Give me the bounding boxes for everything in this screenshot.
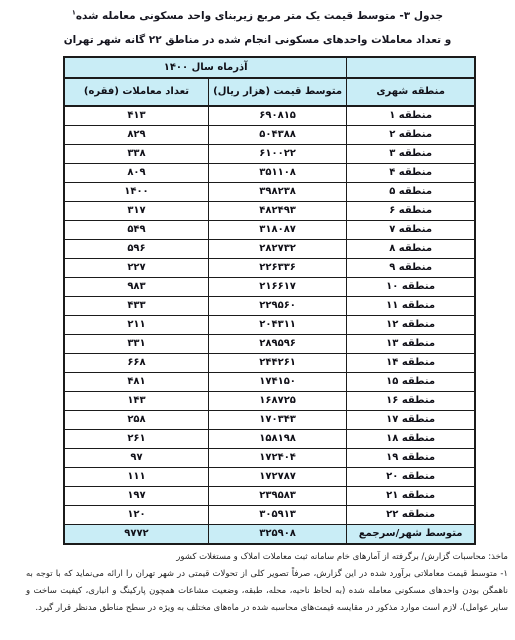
count-cell: ۲۱۱ <box>64 316 208 335</box>
price-cell: ۶۱۰۰۲۲ <box>208 145 346 164</box>
district-row: منطقه ۶ ۴۸۲۴۹۳ ۳۱۷ <box>64 202 475 221</box>
price-cell: ۳۱۸۰۸۷ <box>208 221 346 240</box>
price-cell: ۴۸۲۴۹۳ <box>208 202 346 221</box>
districts-body: منطقه ۱ ۶۹۰۸۱۵ ۴۱۳ منطقه ۲ ۵۰۴۳۸۸ ۸۲۹ من… <box>64 106 475 525</box>
district-row: منطقه ۱۸ ۱۵۸۱۹۸ ۲۶۱ <box>64 430 475 449</box>
table-footer: متوسط شهر/سرجمع ۳۲۵۹۰۸ ۹۷۷۲ <box>64 525 475 545</box>
district-cell: منطقه ۳ <box>347 145 475 164</box>
table-title-line1-text: جدول ۳- متوسط قیمت یک متر مربع زیربنای و… <box>76 10 443 22</box>
count-cell: ۹۸۳ <box>64 278 208 297</box>
district-cell: منطقه ۱۹ <box>347 449 475 468</box>
price-cell: ۱۷۲۷۸۷ <box>208 468 346 487</box>
count-cell: ۳۳۸ <box>64 145 208 164</box>
district-row: منطقه ۱۹ ۱۷۲۴۰۴ ۹۷ <box>64 449 475 468</box>
count-cell: ۵۹۶ <box>64 240 208 259</box>
column-header-row: منطقه شهری متوسط قیمت (هزار ریال) تعداد … <box>64 78 475 106</box>
district-row: منطقه ۴ ۳۵۱۱۰۸ ۸۰۹ <box>64 164 475 183</box>
district-row: منطقه ۱۱ ۲۲۹۵۶۰ ۴۳۳ <box>64 297 475 316</box>
district-cell: منطقه ۲۰ <box>347 468 475 487</box>
district-row: منطقه ۱۵ ۱۷۴۱۵۰ ۴۸۱ <box>64 373 475 392</box>
count-cell: ۵۴۹ <box>64 221 208 240</box>
total-count-cell: ۹۷۷۲ <box>64 525 208 545</box>
table-title-line2: و تعداد معاملات واحدهای مسکونی انجام شده… <box>0 33 515 48</box>
count-cell: ۱۹۷ <box>64 487 208 506</box>
count-cell: ۱۱۱ <box>64 468 208 487</box>
price-cell: ۲۳۹۵۸۳ <box>208 487 346 506</box>
price-cell: ۱۷۲۴۰۴ <box>208 449 346 468</box>
count-cell: ۲۶۱ <box>64 430 208 449</box>
district-cell: منطقه ۱۶ <box>347 392 475 411</box>
district-cell: منطقه ۱۱ <box>347 297 475 316</box>
period-header-cell: آذرماه سال ۱۴۰۰ <box>64 57 347 78</box>
count-cell: ۲۵۸ <box>64 411 208 430</box>
price-cell: ۳۹۸۲۳۸ <box>208 183 346 202</box>
district-cell: منطقه ۱ <box>347 106 475 126</box>
count-cell: ۴۳۳ <box>64 297 208 316</box>
district-cell: منطقه ۲۲ <box>347 506 475 525</box>
district-cell: منطقه ۴ <box>347 164 475 183</box>
district-row: منطقه ۱۲ ۲۰۴۳۱۱ ۲۱۱ <box>64 316 475 335</box>
count-cell: ۴۸۱ <box>64 373 208 392</box>
total-label-cell: متوسط شهر/سرجمع <box>347 525 475 545</box>
district-cell: منطقه ۱۴ <box>347 354 475 373</box>
count-cell: ۳۳۱ <box>64 335 208 354</box>
price-cell: ۲۲۹۵۶۰ <box>208 297 346 316</box>
district-cell: منطقه ۸ <box>347 240 475 259</box>
price-cell: ۳۵۱۱۰۸ <box>208 164 346 183</box>
count-cell: ۲۲۷ <box>64 259 208 278</box>
district-cell: منطقه ۱۳ <box>347 335 475 354</box>
report-page: جدول ۳- متوسط قیمت یک متر مربع زیربنای و… <box>0 0 515 640</box>
district-row: منطقه ۱۰ ۲۱۶۶۱۷ ۹۸۳ <box>64 278 475 297</box>
district-row: منطقه ۷ ۳۱۸۰۸۷ ۵۴۹ <box>64 221 475 240</box>
corner-empty-cell <box>347 57 475 78</box>
district-cell: منطقه ۶ <box>347 202 475 221</box>
count-cell: ۳۱۷ <box>64 202 208 221</box>
district-row: منطقه ۱۳ ۲۸۹۵۹۶ ۳۳۱ <box>64 335 475 354</box>
district-cell: منطقه ۱۰ <box>347 278 475 297</box>
district-cell: منطقه ۱۵ <box>347 373 475 392</box>
district-cell: منطقه ۵ <box>347 183 475 202</box>
districts-table: آذرماه سال ۱۴۰۰ منطقه شهری متوسط قیمت (ه… <box>63 56 476 545</box>
district-cell: منطقه ۱۷ <box>347 411 475 430</box>
district-cell: منطقه ۹ <box>347 259 475 278</box>
price-cell: ۱۷۰۳۴۳ <box>208 411 346 430</box>
total-row: متوسط شهر/سرجمع ۳۲۵۹۰۸ ۹۷۷۲ <box>64 525 475 545</box>
price-cell: ۲۸۹۵۹۶ <box>208 335 346 354</box>
count-cell: ۱۴۰۰ <box>64 183 208 202</box>
district-cell: منطقه ۲ <box>347 126 475 145</box>
count-cell: ۶۶۸ <box>64 354 208 373</box>
district-row: منطقه ۳ ۶۱۰۰۲۲ ۳۳۸ <box>64 145 475 164</box>
price-cell: ۲۱۶۶۱۷ <box>208 278 346 297</box>
price-cell: ۱۶۸۷۲۵ <box>208 392 346 411</box>
price-cell: ۶۹۰۸۱۵ <box>208 106 346 126</box>
price-cell: ۵۰۴۳۸۸ <box>208 126 346 145</box>
count-cell: ۹۷ <box>64 449 208 468</box>
district-row: منطقه ۲۲ ۳۰۵۹۱۳ ۱۲۰ <box>64 506 475 525</box>
price-cell: ۲۴۴۲۶۱ <box>208 354 346 373</box>
price-cell: ۱۷۴۱۵۰ <box>208 373 346 392</box>
price-column-header: متوسط قیمت (هزار ریال) <box>208 78 346 106</box>
total-price-cell: ۳۲۵۹۰۸ <box>208 525 346 545</box>
district-row: منطقه ۲۰ ۱۷۲۷۸۷ ۱۱۱ <box>64 468 475 487</box>
district-row: منطقه ۹ ۲۲۶۳۳۶ ۲۲۷ <box>64 259 475 278</box>
footnotes-block: ماخذ: محاسبات گزارش/ برگرفته از آمارهای … <box>0 549 515 617</box>
price-cell: ۱۵۸۱۹۸ <box>208 430 346 449</box>
table-header: آذرماه سال ۱۴۰۰ منطقه شهری متوسط قیمت (ه… <box>64 57 475 106</box>
footnote-1: ۱- متوسط قیمت معاملاتی برآورد شده در این… <box>26 566 508 617</box>
count-cell: ۱۲۰ <box>64 506 208 525</box>
district-row: منطقه ۲۱ ۲۳۹۵۸۳ ۱۹۷ <box>64 487 475 506</box>
count-cell: ۱۴۳ <box>64 392 208 411</box>
count-column-header: تعداد معاملات (فقره) <box>64 78 208 106</box>
price-cell: ۲۰۴۳۱۱ <box>208 316 346 335</box>
district-cell: منطقه ۲۱ <box>347 487 475 506</box>
count-cell: ۸۰۹ <box>64 164 208 183</box>
district-row: منطقه ۱۷ ۱۷۰۳۴۳ ۲۵۸ <box>64 411 475 430</box>
district-row: منطقه ۲ ۵۰۴۳۸۸ ۸۲۹ <box>64 126 475 145</box>
district-row: منطقه ۱۴ ۲۴۴۲۶۱ ۶۶۸ <box>64 354 475 373</box>
district-row: منطقه ۵ ۳۹۸۲۳۸ ۱۴۰۰ <box>64 183 475 202</box>
district-row: منطقه ۸ ۲۸۲۷۳۲ ۵۹۶ <box>64 240 475 259</box>
district-row: منطقه ۱۶ ۱۶۸۷۲۵ ۱۴۳ <box>64 392 475 411</box>
district-row: منطقه ۱ ۶۹۰۸۱۵ ۴۱۳ <box>64 106 475 126</box>
price-cell: ۲۸۲۷۳۲ <box>208 240 346 259</box>
district-cell: منطقه ۷ <box>347 221 475 240</box>
period-header-row: آذرماه سال ۱۴۰۰ <box>64 57 475 78</box>
district-cell: منطقه ۱۲ <box>347 316 475 335</box>
table-title-line1: جدول ۳- متوسط قیمت یک متر مربع زیربنای و… <box>0 0 515 24</box>
count-cell: ۸۲۹ <box>64 126 208 145</box>
district-column-header: منطقه شهری <box>347 78 475 106</box>
price-cell: ۲۲۶۳۳۶ <box>208 259 346 278</box>
price-cell: ۳۰۵۹۱۳ <box>208 506 346 525</box>
count-cell: ۴۱۳ <box>64 106 208 126</box>
source-note: ماخذ: محاسبات گزارش/ برگرفته از آمارهای … <box>0 549 515 565</box>
district-cell: منطقه ۱۸ <box>347 430 475 449</box>
